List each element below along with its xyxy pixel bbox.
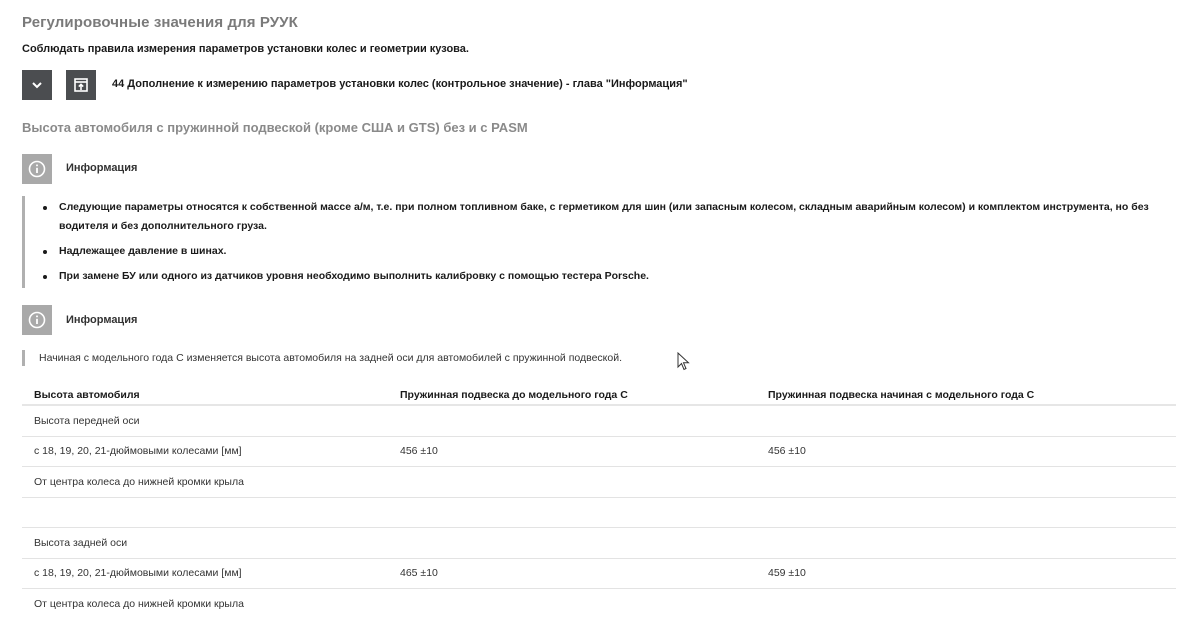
list-item: Следующие параметры относятся к собствен… xyxy=(41,198,1172,236)
info-icon-box xyxy=(22,305,52,335)
table-cell: 465 ±10 xyxy=(387,567,755,579)
column-header: Пружинная подвеска начиная с модельного … xyxy=(755,389,1176,401)
info-label: Информация xyxy=(66,314,137,326)
table-cell: Высота передней оси xyxy=(22,415,387,427)
info-bullet-list: Следующие параметры относятся к собствен… xyxy=(22,196,1172,288)
table-row xyxy=(22,498,1176,529)
mouse-cursor-icon xyxy=(677,352,691,372)
reference-link-text[interactable]: 44 Дополнение к измерению параметров уст… xyxy=(112,78,688,90)
page-title: Регулировочные значения для РУУК xyxy=(22,14,298,31)
info-note: Начиная с модельного года С изменяется в… xyxy=(22,350,622,366)
table-row: с 18, 19, 20, 21-дюймовыми колесами [мм]… xyxy=(22,559,1176,590)
chevron-down-icon xyxy=(31,81,43,89)
page-subtitle: Соблюдать правила измерения параметров у… xyxy=(22,43,469,55)
open-reference-button[interactable] xyxy=(66,70,96,100)
expand-button[interactable] xyxy=(22,70,52,100)
vehicle-height-table: Высота автомобиля Пружинная подвеска до … xyxy=(22,384,1176,620)
table-cell: От центра колеса до нижней кромки крыла xyxy=(22,598,387,610)
table-cell: Высота задней оси xyxy=(22,537,387,549)
table-header-row: Высота автомобиля Пружинная подвеска до … xyxy=(22,384,1176,406)
table-row: От центра колеса до нижней кромки крыла xyxy=(22,467,1176,498)
table-row: Высота задней оси xyxy=(22,528,1176,559)
info-icon xyxy=(28,311,46,329)
table-row: с 18, 19, 20, 21-дюймовыми колесами [мм]… xyxy=(22,437,1176,468)
table-cell: 459 ±10 xyxy=(755,567,1176,579)
table-cell: с 18, 19, 20, 21-дюймовыми колесами [мм] xyxy=(22,567,387,579)
info-label: Информация xyxy=(66,162,137,174)
table-cell: От центра колеса до нижней кромки крыла xyxy=(22,476,387,488)
column-header: Высота автомобиля xyxy=(22,389,387,401)
info-icon-box xyxy=(22,154,52,184)
info-icon xyxy=(28,160,46,178)
column-header: Пружинная подвеска до модельного года С xyxy=(387,389,755,401)
table-cell: 456 ±10 xyxy=(755,445,1176,457)
section-title: Высота автомобиля с пружинной подвеской … xyxy=(22,120,528,135)
table-row: Высота передней оси xyxy=(22,406,1176,437)
list-item: Надлежащее давление в шинах. xyxy=(41,242,1172,261)
page: Регулировочные значения для РУУК Соблюда… xyxy=(0,0,1200,633)
open-link-icon xyxy=(74,78,88,92)
table-cell: с 18, 19, 20, 21-дюймовыми колесами [мм] xyxy=(22,445,387,457)
table-row: От центра колеса до нижней кромки крыла xyxy=(22,589,1176,620)
list-item: При замене БУ или одного из датчиков уро… xyxy=(41,267,1172,286)
table-cell: 456 ±10 xyxy=(387,445,755,457)
